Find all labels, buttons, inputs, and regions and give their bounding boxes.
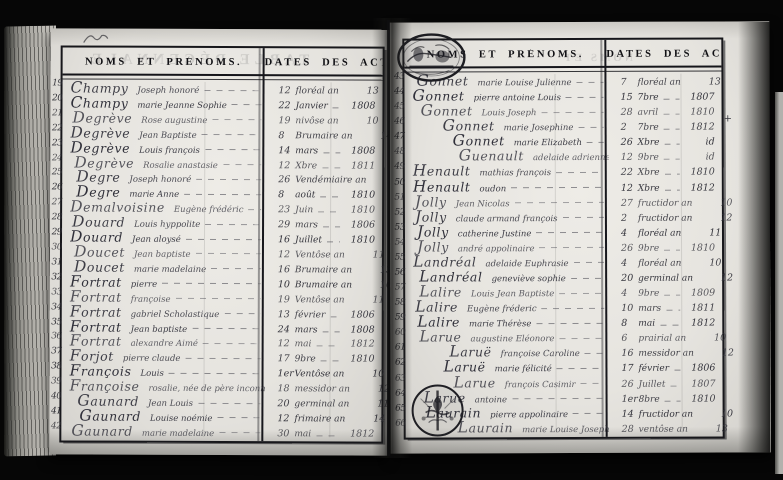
- dash-leader: [587, 142, 604, 143]
- register-row: 51 Jolly Jean Nicolas 27 fructidor an 10: [413, 191, 718, 205]
- entry-number: 40: [43, 391, 61, 401]
- register-row: 59 Lalire marie Thérèse 8 mai 1812: [413, 312, 718, 326]
- entry-number: 64: [388, 388, 406, 398]
- entry-number: 31: [44, 257, 62, 267]
- column-header-noms: NOMS ET PRÉNOMS.: [63, 56, 265, 74]
- dash-leader: [664, 159, 680, 160]
- register-row: 46 Gonnet marie Josephine 2 7bre 1812: [413, 116, 718, 130]
- dash-leader: [663, 114, 679, 115]
- register-row: 56 Landréal geneviève sophie 20 germinal…: [413, 267, 718, 281]
- entry-surname: Gaunard: [71, 421, 133, 439]
- dash-leader: [664, 144, 679, 145]
- register-row: 22 Degrève Jean Baptiste 8 Brumaire an 1…: [70, 123, 378, 137]
- register-row: 31 Doucet marie madelaine 16 Brumaire an…: [70, 257, 378, 271]
- register-row: 33 Fortrat françoise 19 Ventôse an 11: [70, 287, 378, 301]
- dash-leader: [577, 81, 604, 82]
- dash-leader: [566, 96, 604, 97]
- dash-leader: [671, 385, 681, 386]
- dash-leader: [205, 149, 261, 150]
- entry-date-day: 30: [277, 428, 294, 439]
- register-row: 19 Champy Joseph honoré 12 floréal an 13: [71, 78, 379, 92]
- entry-number: 60: [387, 328, 405, 338]
- entry-number: 63: [387, 373, 405, 383]
- dash-leader: [323, 331, 340, 332]
- register-row: 35 Fortrat Jean baptiste 24 mars 1808: [70, 317, 378, 331]
- register-row: 64 Larue antoine 1er 8bre 1810: [414, 387, 719, 401]
- register-row: 42 Gaunard marie madelaine 30 mai 1812: [69, 421, 377, 435]
- register-row: 58 Lalire Eugène fréderic 10 mars 1811: [413, 297, 718, 311]
- dash-leader: [330, 316, 339, 317]
- dash-leader: [322, 167, 340, 168]
- dash-leader: [184, 194, 261, 195]
- entry-number: 29: [44, 227, 62, 237]
- dash-leader: [203, 343, 261, 344]
- register-row: 41 Gaunard Louise noémie 12 frimaire an …: [69, 406, 377, 420]
- dash-leader: [539, 247, 604, 248]
- dash-leader: [186, 238, 261, 239]
- entry-number: 22: [44, 123, 62, 133]
- dash-leader: [542, 308, 605, 309]
- register-row: 24 Degrève Rosalie anastasie 12 Xbre 181…: [70, 153, 378, 167]
- entry-number: 26: [44, 183, 62, 193]
- column-header-dates: DATES DES ACTES.: [265, 57, 383, 74]
- scanned-register-view: TABLE DÉCENNALE NOMS ET PRÉNOMS. DATES D…: [0, 0, 783, 480]
- register-row: 53 Jolly catherine Justine 4 floréal an …: [413, 221, 718, 235]
- dash-leader: [536, 232, 604, 233]
- register-row: 39 Françoise rosalie, née de père inconn…: [69, 377, 377, 391]
- entries-list-right: 43 Gonnet marie Louise Julienne 7 floréa…: [412, 71, 718, 432]
- dash-leader: [511, 187, 604, 188]
- register-row: 60 Larue augustine Eléonore 6 prairial a…: [413, 327, 718, 341]
- register-row: 26 Degre marie Anne 8 août 1810: [70, 183, 378, 197]
- dash-leader: [571, 277, 604, 278]
- dash-leader: [223, 164, 261, 165]
- dash-leader: [217, 417, 260, 418]
- dash-leader: [664, 250, 680, 251]
- margin-cross-mark: +: [724, 113, 732, 124]
- dash-leader: [559, 293, 604, 294]
- entry-date-month: ventôse an: [639, 424, 688, 434]
- entry-number: 66: [388, 418, 406, 428]
- entries-list-left: 19 Champy Joseph honoré 12 floréal an 13…: [69, 78, 378, 435]
- register-row: 48 Guenault adelaide adrienne 12 9bre id: [413, 146, 718, 160]
- register-left-page: TABLE DÉCENNALE NOMS ET PRÉNOMS. DATES D…: [49, 28, 388, 455]
- entry-given-names: marie Louise Josephine: [522, 425, 610, 435]
- dash-leader: [185, 358, 260, 359]
- dash-leader: [556, 172, 604, 173]
- dash-leader: [674, 370, 680, 371]
- dash-leader: [205, 224, 261, 225]
- entry-number: 37: [44, 347, 62, 357]
- register-row: 34 Fortrat gabriel Scholastique 13 févri…: [70, 302, 378, 316]
- dash-leader: [665, 174, 680, 175]
- entry-number: 35: [44, 317, 62, 327]
- dash-leader: [219, 432, 260, 433]
- register-row: 57 Lalire Louis Jean Baptiste 4 9bre 180…: [413, 282, 718, 296]
- register-row: 62 Laruë marie félicité 17 février 1806: [413, 357, 718, 371]
- dash-leader: [585, 353, 605, 354]
- dash-leader: [665, 189, 680, 190]
- register-row: 43 Gonnet marie Louise Julienne 7 floréa…: [412, 71, 717, 85]
- entry-number: 38: [44, 362, 62, 372]
- register-row: 49 Henault mathias françois 22 Xbre 1810: [413, 161, 718, 175]
- register-row: 55 Landréal adelaide Euphrasie 4 floréal…: [413, 251, 718, 265]
- entry-number: 32: [44, 272, 62, 282]
- dash-leader: [224, 313, 260, 314]
- dash-leader: [318, 212, 340, 213]
- register-row: 47 Gonnet marie Elizabeth 26 Xbre id: [413, 131, 718, 145]
- dash-leader: [323, 227, 340, 228]
- dash-leader: [563, 217, 604, 218]
- dash-leader: [333, 107, 341, 108]
- entry-date-year: 13: [698, 423, 731, 434]
- register-row: 66 Laurain marie Louise Josephine 28 ven…: [414, 417, 719, 431]
- dash-leader: [574, 262, 605, 263]
- dash-leader: [249, 209, 262, 210]
- register-row: 50 Henault oudon 12 Xbre 1812: [413, 176, 718, 190]
- register-row: 28 Douard Louis hyppolite 29 mars 1806: [70, 213, 378, 227]
- register-row: 36 Fortrat alexandre Aimé 12 mai 1812: [70, 332, 378, 346]
- dash-leader: [204, 89, 261, 90]
- dash-leader: [664, 295, 680, 296]
- register-row: 30 Doucet Jean baptiste 12 Ventôse an 11: [70, 242, 378, 256]
- entry-number: 23: [44, 138, 62, 148]
- dash-leader: [196, 253, 261, 254]
- entry-number: 34: [44, 302, 62, 312]
- register-row: 27 Demalvoisine Eugène frédéric 23 Juin …: [70, 198, 378, 212]
- entry-number: 20: [44, 93, 62, 103]
- entry-date-month: mai: [294, 429, 311, 439]
- entry-number: 27: [44, 198, 62, 208]
- register-row: 23 Degrève Louis françois 14 mars 1808: [70, 138, 378, 152]
- dash-leader: [664, 129, 680, 130]
- register-row: 21 Degrève Rose augustine 19 nivôse an 1…: [70, 108, 378, 122]
- dash-leader: [536, 323, 604, 324]
- entry-number: 30: [44, 242, 62, 252]
- register-row: 37 Forjot pierre claude 17 9bre 1810: [70, 347, 378, 361]
- column-header-dates: DATES DES ACTES.: [606, 49, 721, 66]
- dash-leader: [320, 197, 340, 198]
- dash-leader: [559, 338, 604, 339]
- dash-leader: [175, 298, 260, 299]
- entry-number: 61: [387, 343, 405, 353]
- dash-leader: [512, 398, 605, 399]
- dash-leader: [581, 383, 605, 384]
- dash-leader: [664, 99, 680, 100]
- entry-number: 62: [387, 358, 405, 368]
- entry-number: 36: [44, 332, 62, 342]
- entry-date-year: 1812: [344, 428, 377, 439]
- register-row: 61 Laruë françoise Caroline 16 messidor …: [413, 342, 718, 356]
- column-header-noms: NOMS ET PRÉNOMS.: [404, 49, 606, 67]
- register-row: 44 Gonnet pierre antoine Louis 15 7bre 1…: [412, 86, 717, 100]
- dash-leader: [515, 202, 604, 203]
- dash-leader: [541, 112, 603, 113]
- register-row: 20 Champy marie Jeanne Sophie 22 Janvier…: [70, 93, 378, 107]
- table-frame: NOMS ET PRÉNOMS. DATES DES ACTES. 43 Gon…: [402, 37, 724, 439]
- entry-number: 19: [45, 78, 63, 88]
- dash-leader: [573, 413, 605, 414]
- register-row: 54 Jolly andré appolinaire 26 9bre 1810: [413, 236, 718, 250]
- register-right-page: NOMS ET NOMS ET PRÉNOMS. DATES DES ACTES…: [389, 21, 771, 453]
- dash-leader: [660, 325, 680, 326]
- entry-number: 21: [44, 108, 62, 118]
- dash-leader: [211, 268, 261, 269]
- table-header-row: NOMS ET PRÉNOMS. DATES DES ACTES.: [404, 40, 721, 69]
- entry-date-day: 28: [622, 424, 639, 435]
- dash-leader: [202, 134, 262, 135]
- entry-number: 24: [44, 153, 62, 163]
- dash-leader: [557, 368, 605, 369]
- register-row: 25 Degre Joseph honoré 26 Vendémiaire an…: [70, 168, 378, 182]
- dash-leader: [162, 283, 261, 284]
- dash-leader: [665, 400, 681, 401]
- entry-surname: Laurain: [458, 418, 514, 436]
- page-edge-line: [387, 20, 390, 456]
- register-row: 45 Gonnet Louis Joseph 28 avril 1810: [413, 101, 718, 115]
- entry-number: 41: [43, 406, 61, 416]
- register-row: 40 Gaunard Jean Louis 20 germinal an 11: [69, 392, 377, 406]
- dash-leader: [196, 179, 261, 180]
- register-row: 32 Fortrat pierre 10 Brumaire an 10: [70, 272, 378, 286]
- dash-leader: [327, 241, 340, 242]
- dash-leader: [198, 402, 260, 403]
- dash-leader: [321, 361, 340, 362]
- register-row: 38 François Louis 1er Ventôse an 10: [70, 362, 378, 376]
- dash-leader: [578, 127, 603, 128]
- dash-leader: [192, 328, 260, 329]
- ink-squiggle-mark: [81, 31, 111, 49]
- entry-number: 25: [44, 168, 62, 178]
- entry-given-names: marie madelaine: [142, 429, 214, 439]
- dash-leader: [232, 104, 262, 105]
- entry-number: 39: [43, 377, 61, 387]
- register-row: 29 Douard Jean aloysé 16 Juillet 1810: [70, 228, 378, 242]
- dash-leader: [169, 373, 261, 374]
- entry-number: 33: [44, 287, 62, 297]
- table-header-row: NOMS ET PRÉNOMS. DATES DES ACTES.: [63, 47, 383, 76]
- dash-leader: [666, 310, 680, 311]
- table-frame: NOMS ET PRÉNOMS. DATES DES ACTES. 19 Cha…: [59, 45, 384, 443]
- dash-leader: [212, 119, 261, 120]
- dash-leader: [316, 346, 339, 347]
- back-page-edge: [775, 92, 783, 474]
- register-row: 65 Laurain pierre appolinaire 14 fructid…: [414, 402, 719, 416]
- entry-number: 28: [44, 213, 62, 223]
- dash-leader: [316, 435, 339, 436]
- register-row: 63 Larue françois Casimir 26 Juillet 180…: [413, 372, 718, 386]
- register-row: 52 Jolly claude armand françois 2 fructi…: [413, 206, 718, 220]
- dash-leader: [323, 152, 340, 153]
- entry-number: 65: [388, 403, 406, 413]
- entry-number: 42: [43, 421, 61, 431]
